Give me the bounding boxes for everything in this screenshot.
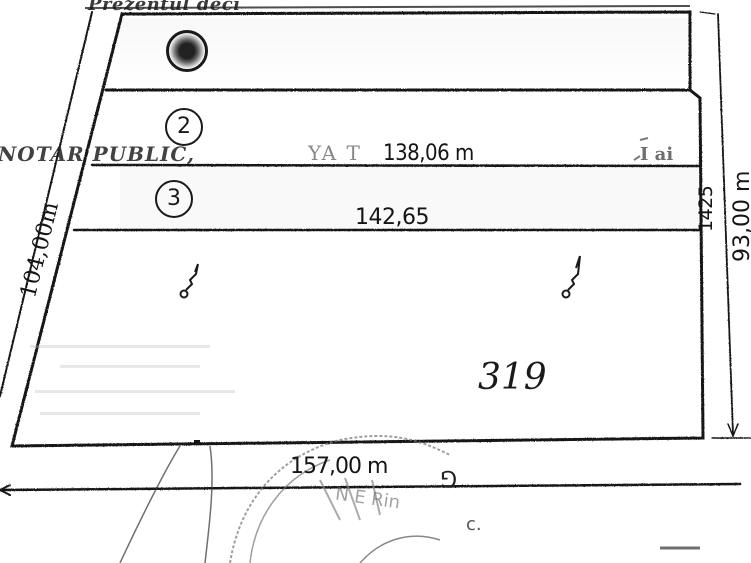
parcel-number-2: 2 [165, 108, 203, 146]
parcel-number-1: 1 [166, 30, 208, 72]
header-text: Prezentul deci [88, 0, 241, 14]
stamp-letter: G [440, 466, 457, 488]
dimension-boundary-2-3: 142,65 [355, 207, 429, 229]
dimension-boundary-1-2: 138,06 m [383, 143, 474, 165]
notary-stamp-text: NOTAR PUBLIC, [0, 144, 195, 164]
dimension-right-strip: 1425 [697, 186, 716, 232]
dimension-bottom-side: 157,00 m [290, 456, 387, 478]
parcel-number-3: 3 [155, 180, 193, 218]
dimension-right-total: 93,00 m [732, 171, 751, 262]
lot-number: 319 [478, 360, 547, 396]
stamp-fragment-c: c. [466, 516, 482, 534]
stamp-fragment: YA T [308, 143, 362, 163]
svg-text:I ai: I ai [640, 144, 673, 165]
